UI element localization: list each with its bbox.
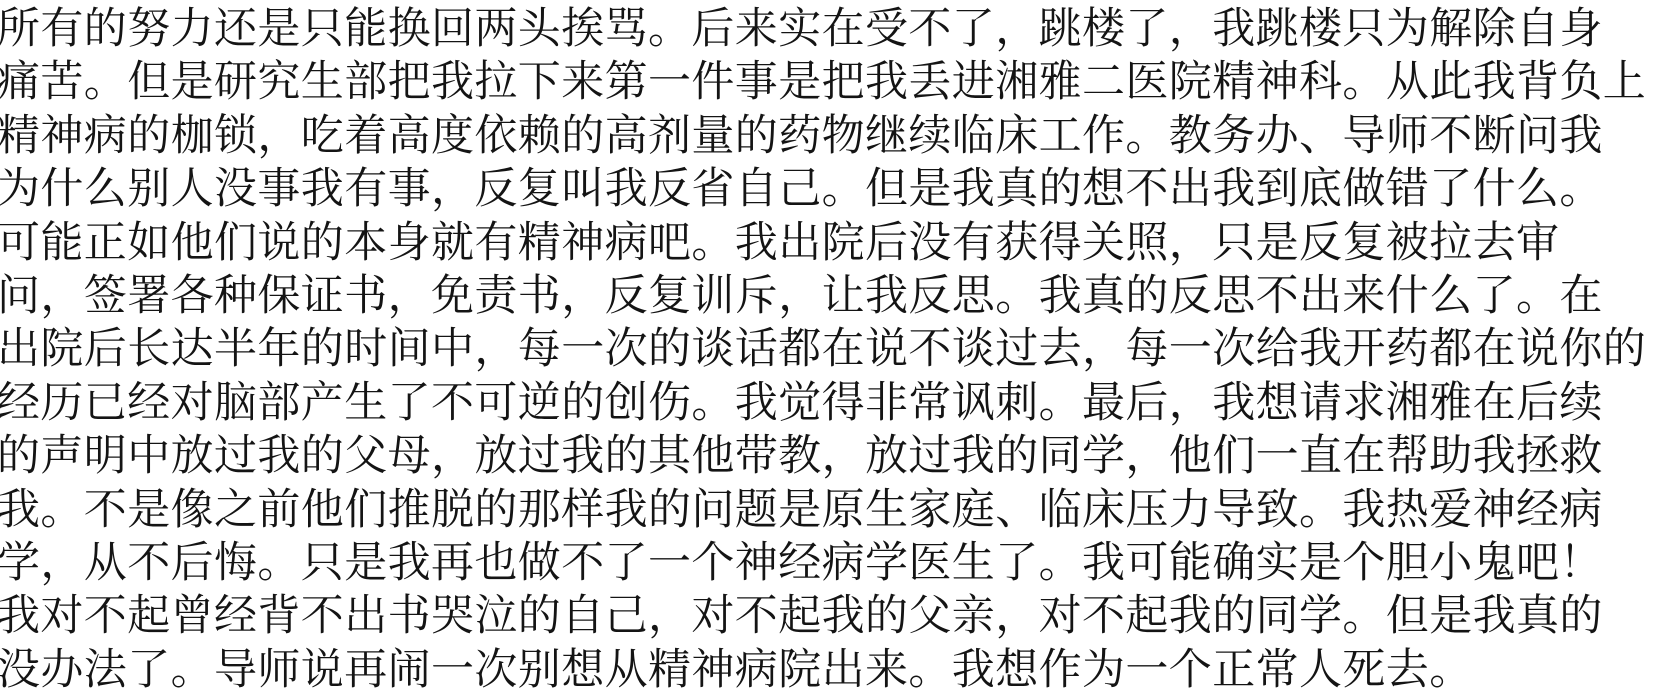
text-line: 为什么别人没事我有事，反复叫我反省自己。但是我真的想不出我到底做错了什么。 xyxy=(0,163,1658,216)
text-line: 问，签署各种保证书，免责书，反复训斥，让我反思。我真的反思不出来什么了。在 xyxy=(0,270,1658,323)
text-line: 学，从不后悔。只是我再也做不了一个神经病学医生了。我可能确实是个胆小鬼吧！ xyxy=(0,537,1658,590)
text-line: 我。不是像之前他们推脱的那样我的问题是原生家庭、临床压力导致。我热爱神经病 xyxy=(0,484,1658,537)
text-line: 经历已经对脑部产生了不可逆的创伤。我觉得非常讽刺。最后，我想请求湘雅在后续 xyxy=(0,377,1658,430)
text-line: 精神病的枷锁，吃着高度依赖的高剂量的药物继续临床工作。教务办、导师不断问我 xyxy=(0,110,1658,163)
text-line: 我对不起曾经背不出书哭泣的自己，对不起我的父亲，对不起我的同学。但是我真的 xyxy=(0,590,1658,643)
text-line: 没办法了。导师说再闹一次别想从精神病院出来。我想作为一个正常人死去。 xyxy=(0,644,1658,697)
text-line: 所有的努力还是只能换回两头挨骂。后来实在受不了，跳楼了，我跳楼只为解除自身 xyxy=(0,3,1658,56)
text-line: 可能正如他们说的本身就有精神病吧。我出院后没有获得关照，只是反复被拉去审 xyxy=(0,217,1658,270)
text-line: 的声明中放过我的父母，放过我的其他带教，放过我的同学，他们一直在帮助我拯救 xyxy=(0,430,1658,483)
document-text: 所有的努力还是只能换回两头挨骂。后来实在受不了，跳楼了，我跳楼只为解除自身 痛苦… xyxy=(0,3,1658,697)
text-line: 出院后长达半年的时间中，每一次的谈话都在说不谈过去，每一次给我开药都在说你的 xyxy=(0,323,1658,376)
text-line: 痛苦。但是研究生部把我拉下来第一件事是把我丢进湘雅二医院精神科。从此我背负上 xyxy=(0,56,1658,109)
